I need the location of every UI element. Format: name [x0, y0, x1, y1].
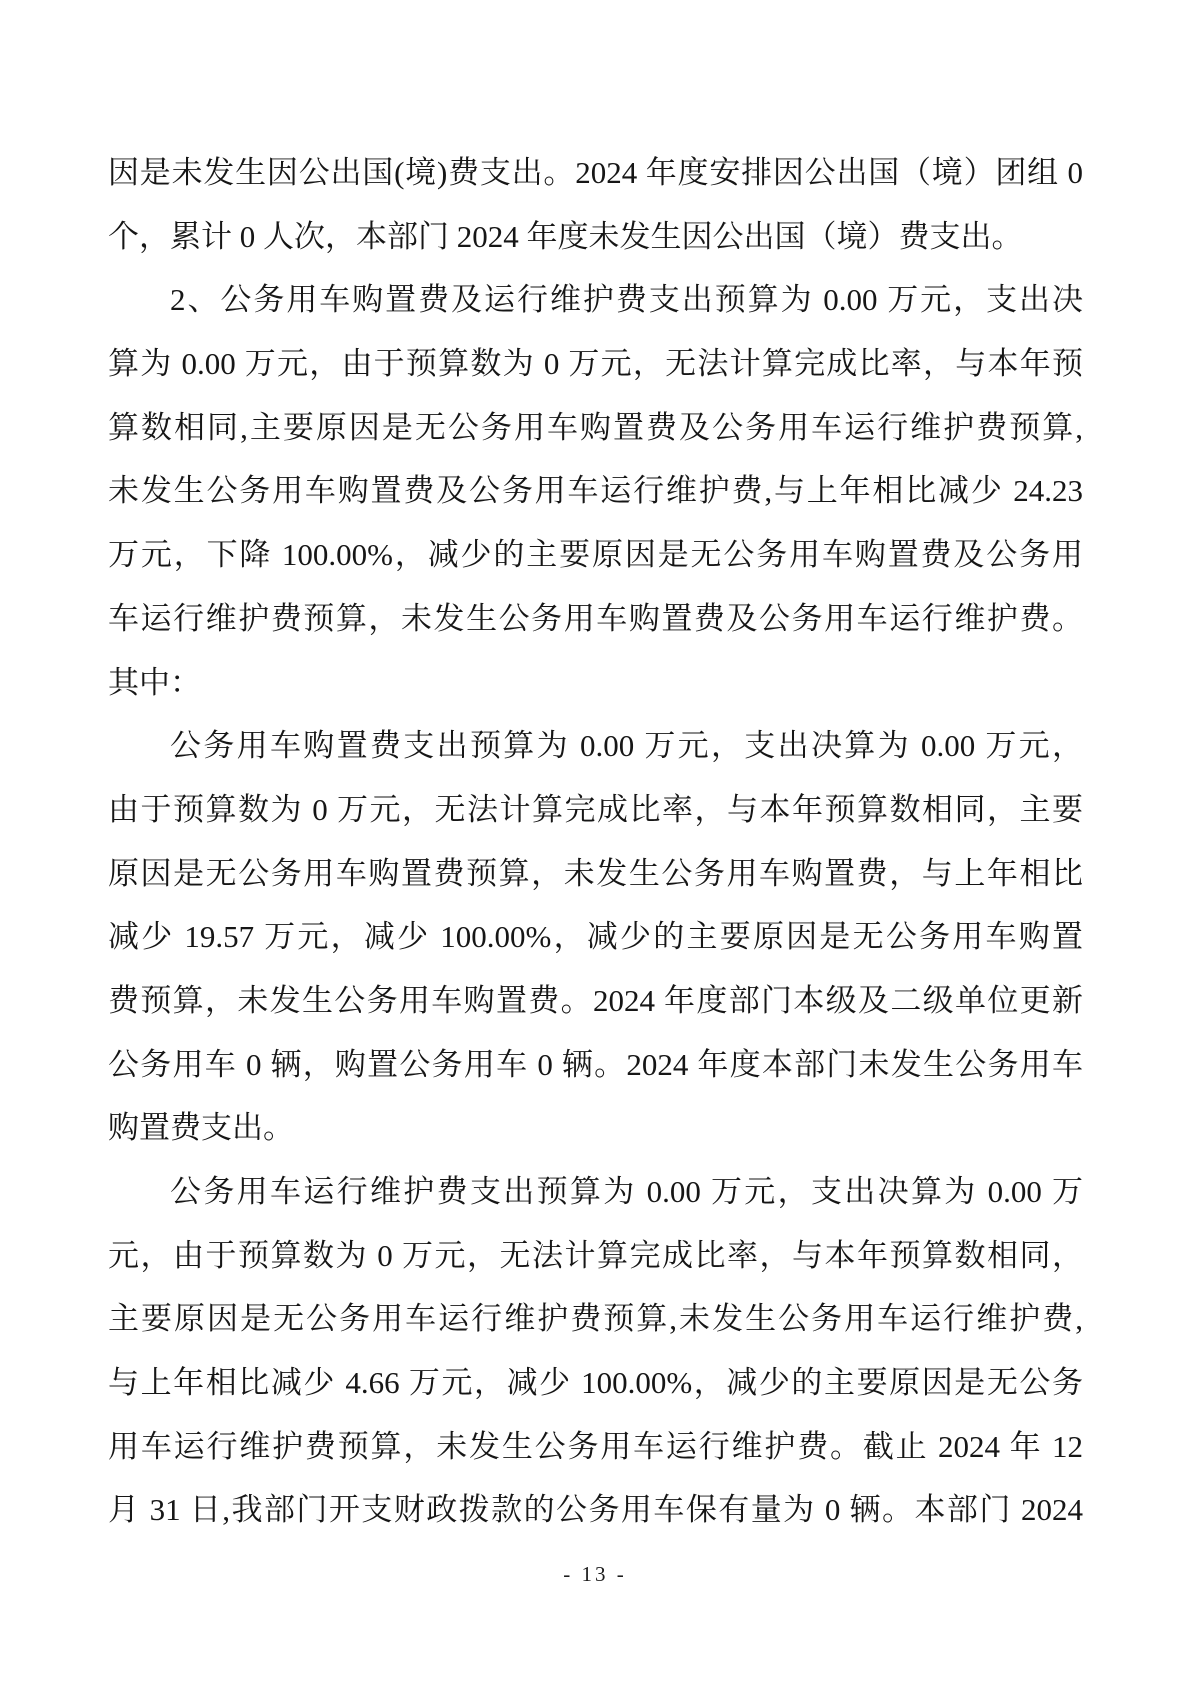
body-line: 因是未发生因公出国(境)费支出。2024 年度安排因公出国（境）团组 0 [108, 141, 1083, 205]
body-line: 由于预算数为 0 万元，无法计算完成比率，与本年预算数相同，主要 [108, 778, 1083, 842]
body-line: 月 31 日,我部门开支财政拨款的公务用车保有量为 0 辆。本部门 2024 [108, 1478, 1083, 1542]
body-line: 其中： [108, 651, 1083, 715]
body-line: 公务用车 0 辆，购置公务用车 0 辆。2024 年度本部门未发生公务用车 [108, 1033, 1083, 1097]
body-line: 算数相同,主要原因是无公务用车购置费及公务用车运行维护费预算, [108, 396, 1083, 460]
body-line: 公务用车购置费支出预算为 0.00 万元，支出决算为 0.00 万元， [108, 714, 1083, 778]
body-line: 费预算，未发生公务用车购置费。2024 年度部门本级及二级单位更新 [108, 969, 1083, 1033]
body-line: 未发生公务用车购置费及公务用车运行维护费,与上年相比减少 24.23 [108, 459, 1083, 523]
body-line: 公务用车运行维护费支出预算为 0.00 万元，支出决算为 0.00 万 [108, 1160, 1083, 1224]
body-line: 购置费支出。 [108, 1096, 1083, 1160]
document-page: 因是未发生因公出国(境)费支出。2024 年度安排因公出国（境）团组 0 个，累… [0, 0, 1190, 1683]
body-line: 元，由于预算数为 0 万元，无法计算完成比率，与本年预算数相同， [108, 1224, 1083, 1288]
body-line: 万元，下降 100.00%，减少的主要原因是无公务用车购置费及公务用 [108, 523, 1083, 587]
body-line: 减少 19.57 万元，减少 100.00%，减少的主要原因是无公务用车购置 [108, 905, 1083, 969]
body-line: 车运行维护费预算，未发生公务用车购置费及公务用车运行维护费。 [108, 587, 1083, 651]
body-line: 主要原因是无公务用车运行维护费预算,未发生公务用车运行维护费, [108, 1287, 1083, 1351]
page-number: - 13 - [0, 1558, 1190, 1590]
body-line: 个，累计 0 人次，本部门 2024 年度未发生因公出国（境）费支出。 [108, 205, 1083, 269]
body-line: 用车运行维护费预算，未发生公务用车运行维护费。截止 2024 年 12 [108, 1415, 1083, 1479]
body-line: 与上年相比减少 4.66 万元，减少 100.00%，减少的主要原因是无公务 [108, 1351, 1083, 1415]
body-line: 算为 0.00 万元，由于预算数为 0 万元，无法计算完成比率，与本年预 [108, 332, 1083, 396]
document-body: 因是未发生因公出国(境)费支出。2024 年度安排因公出国（境）团组 0 个，累… [108, 141, 1083, 1542]
body-line: 2、公务用车购置费及运行维护费支出预算为 0.00 万元，支出决 [108, 268, 1083, 332]
body-line: 原因是无公务用车购置费预算，未发生公务用车购置费，与上年相比 [108, 842, 1083, 906]
